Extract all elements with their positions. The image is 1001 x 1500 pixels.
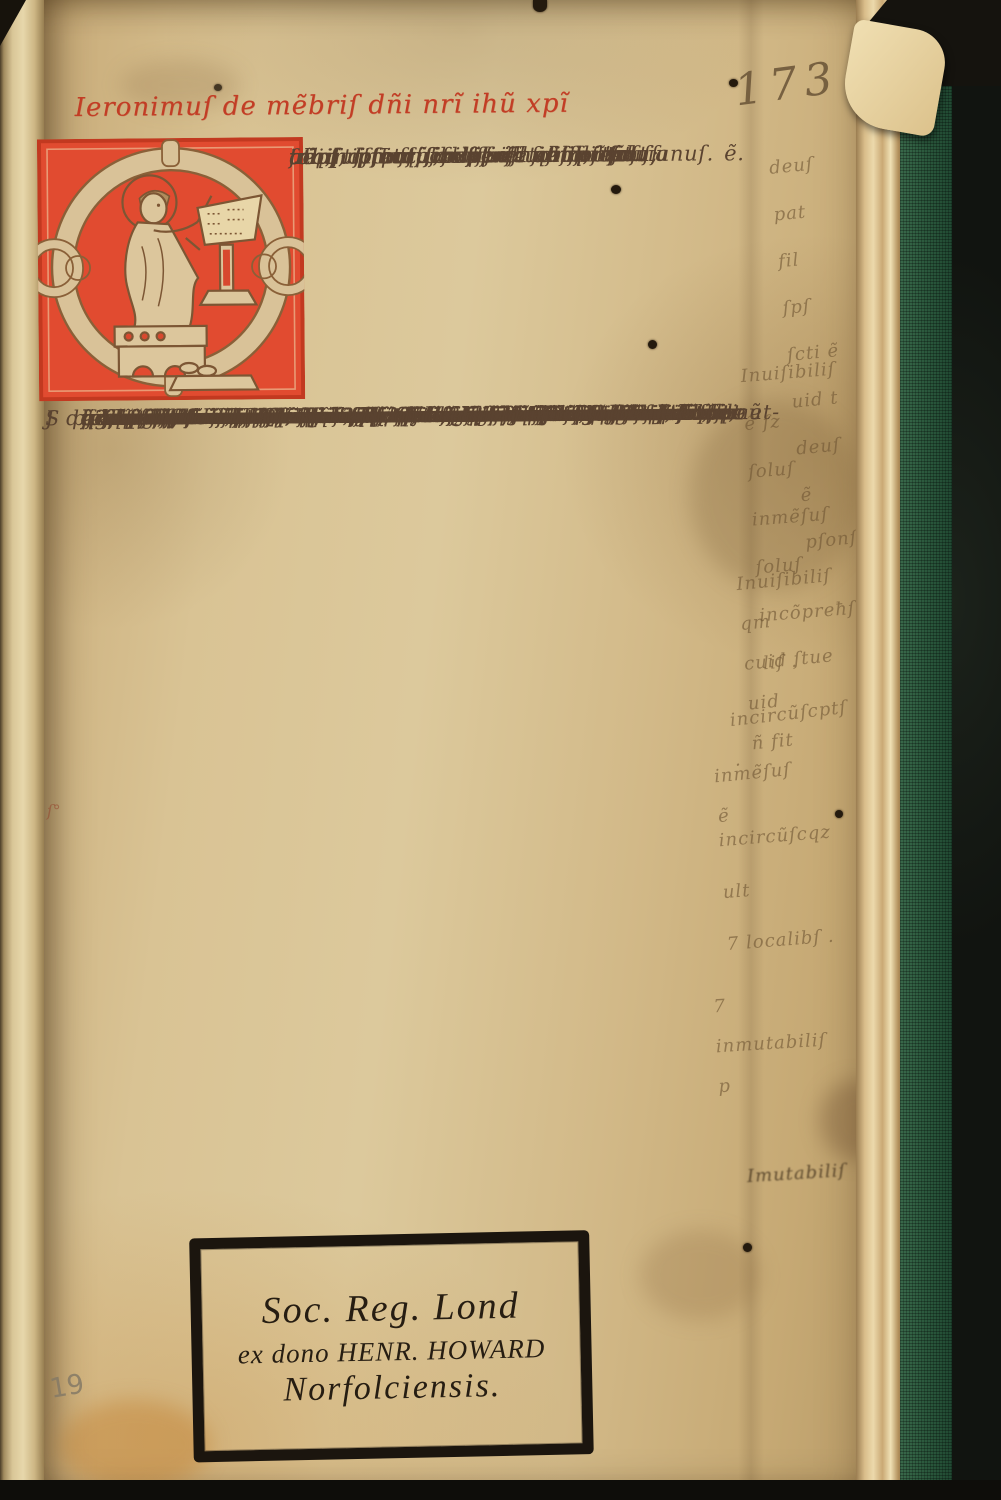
stamp-line-3: Norfolciensis. bbox=[283, 1366, 502, 1409]
background-bottom bbox=[0, 1480, 1001, 1500]
illuminated-initial bbox=[37, 137, 305, 401]
background-right bbox=[952, 0, 1001, 1500]
manuscript-photograph: Ieronimuſ de mẽbriſ dñi nrĩ ihũ xpĩ 173 bbox=[0, 0, 1001, 1500]
foot bbox=[180, 363, 198, 373]
text-line: inmſuſ. Inuiſibiliſ. ẽ. qr in eẽntia bbox=[289, 137, 709, 141]
wormhole bbox=[648, 340, 657, 349]
wormhole bbox=[611, 185, 621, 194]
folio-number: 173 bbox=[732, 52, 843, 116]
ink-blot bbox=[214, 84, 222, 91]
wormhole bbox=[835, 810, 843, 818]
marginal-sign: ſ° bbox=[47, 801, 61, 820]
ownership-stamp: Soc. Reg. Lond ex dono HENR. HOWARD Norf… bbox=[189, 1230, 594, 1462]
stamp-line-2: ex dono HENR. HOWARD bbox=[237, 1333, 545, 1370]
footrest bbox=[170, 375, 258, 390]
binding-cloth-green bbox=[900, 0, 958, 1500]
stamp-line-1: Soc. Reg. Lond bbox=[261, 1283, 520, 1332]
foot bbox=[198, 366, 216, 376]
initial-O-miniature bbox=[37, 137, 305, 401]
ink-blot bbox=[533, 0, 547, 12]
lectern-base bbox=[200, 290, 256, 304]
rubric-heading: Ieronimuſ de mẽbriſ dñi nrĩ ihũ xpĩ bbox=[75, 88, 675, 123]
page-content: Ieronimuſ de mẽbriſ dñi nrĩ ihũ xpĩ 173 bbox=[0, 0, 1001, 1500]
wormhole bbox=[729, 79, 738, 87]
book-page-edges-right bbox=[856, 0, 904, 1500]
text-column-beside-initial: oẽpſ dſ pat. œ filiuſ. œ ſpſ ſcſ. unuſ. … bbox=[289, 137, 709, 141]
head bbox=[140, 193, 166, 223]
wormhole bbox=[743, 1243, 752, 1252]
pencil-foliation: 19 bbox=[47, 1368, 86, 1404]
